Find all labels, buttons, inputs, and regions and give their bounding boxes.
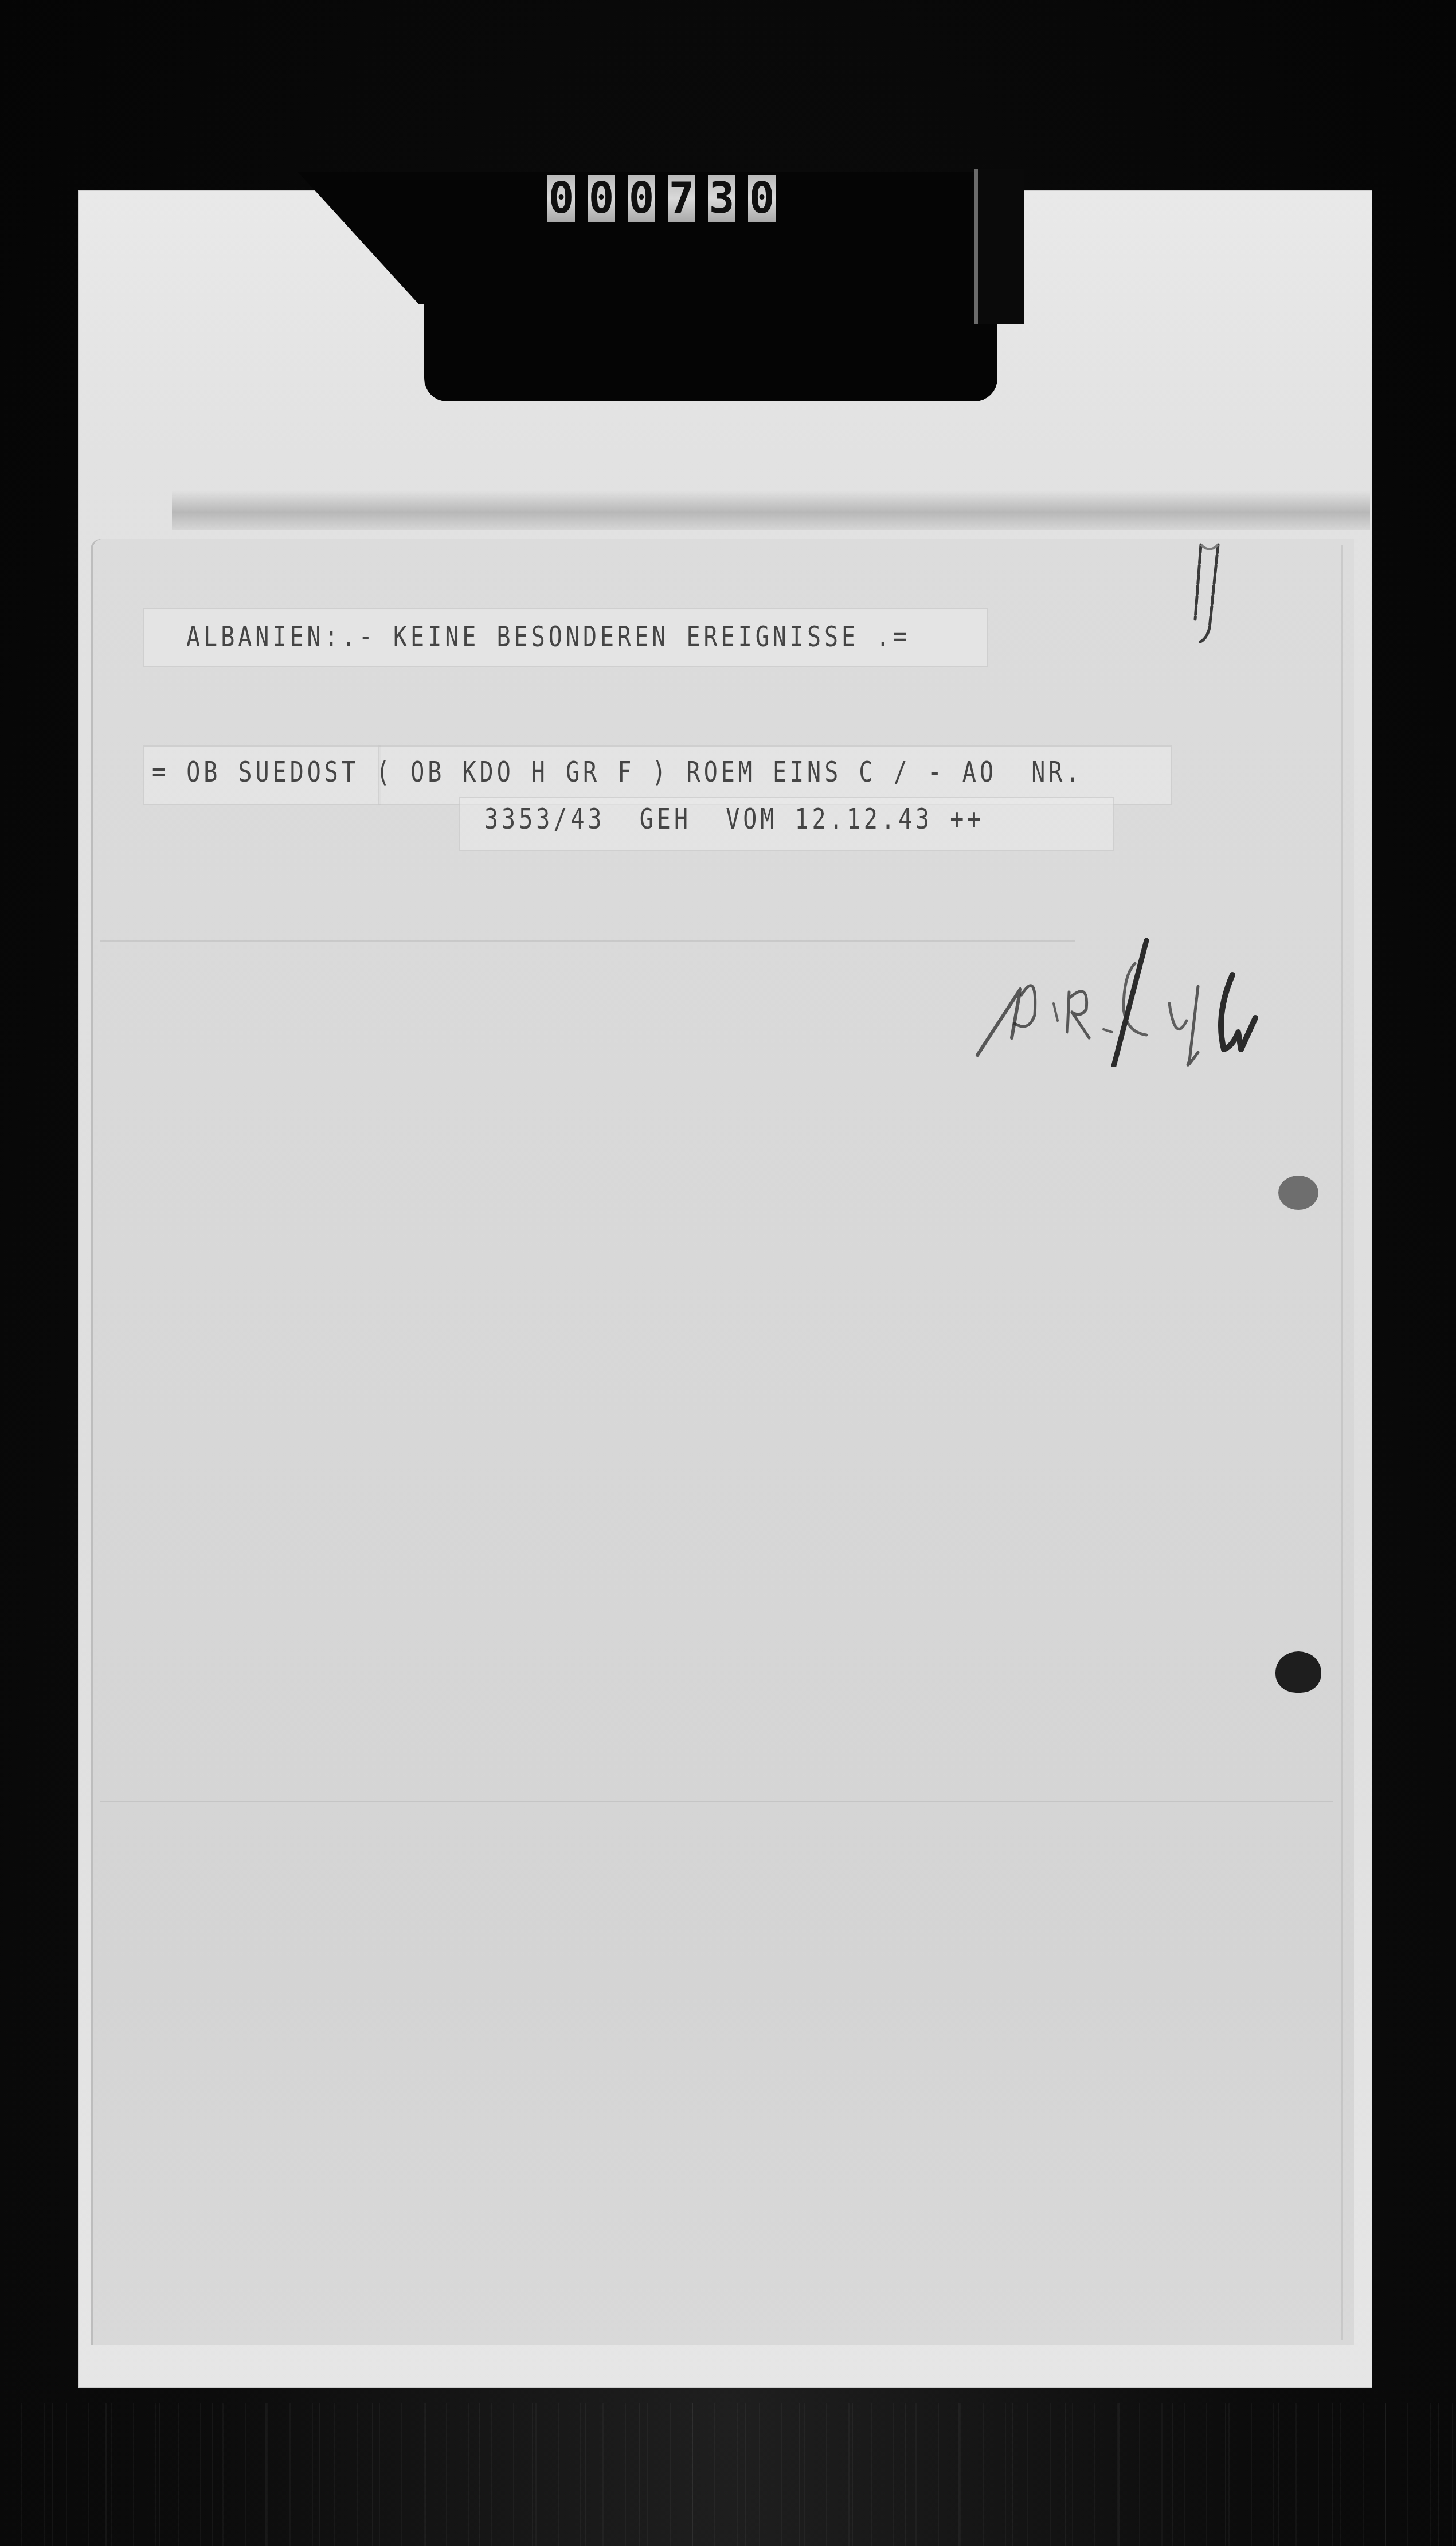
punch-hole: [1278, 1176, 1318, 1210]
counter-digit: 7: [668, 175, 695, 222]
counter-digit: 0: [628, 175, 655, 222]
paper-clip-icon: [1192, 539, 1227, 654]
film-scratches: [0, 2403, 1456, 2546]
fold-line: [100, 1801, 1333, 1802]
counter-post: [974, 169, 1024, 324]
counter-digit: 3: [708, 175, 735, 222]
fold-line: [100, 940, 1075, 942]
frame-counter: 0 0 0 7 3 0: [547, 175, 776, 222]
message-line-2: = OB SUEDOST ( OB KDO H GR F ) ROEM EINS…: [152, 756, 1083, 789]
counter-digit: 0: [547, 175, 575, 222]
handwritten-signature-icon: [957, 917, 1290, 1067]
counter-digit: 0: [588, 175, 615, 222]
punch-hole: [1275, 1651, 1321, 1693]
counter-digit: 0: [748, 175, 776, 222]
backing-shadow: [172, 490, 1370, 530]
microfilm-frame: 0 0 0 7 3 0 ALBANIEN:.- KEINE BESONDEREN…: [0, 0, 1456, 2546]
message-line-3: 3353/43 GEH VOM 12.12.43 ++: [484, 803, 984, 836]
message-line-1: ALBANIEN:.- KEINE BESONDEREN EREIGNISSE …: [186, 620, 910, 654]
fold-line: [1341, 545, 1343, 2340]
